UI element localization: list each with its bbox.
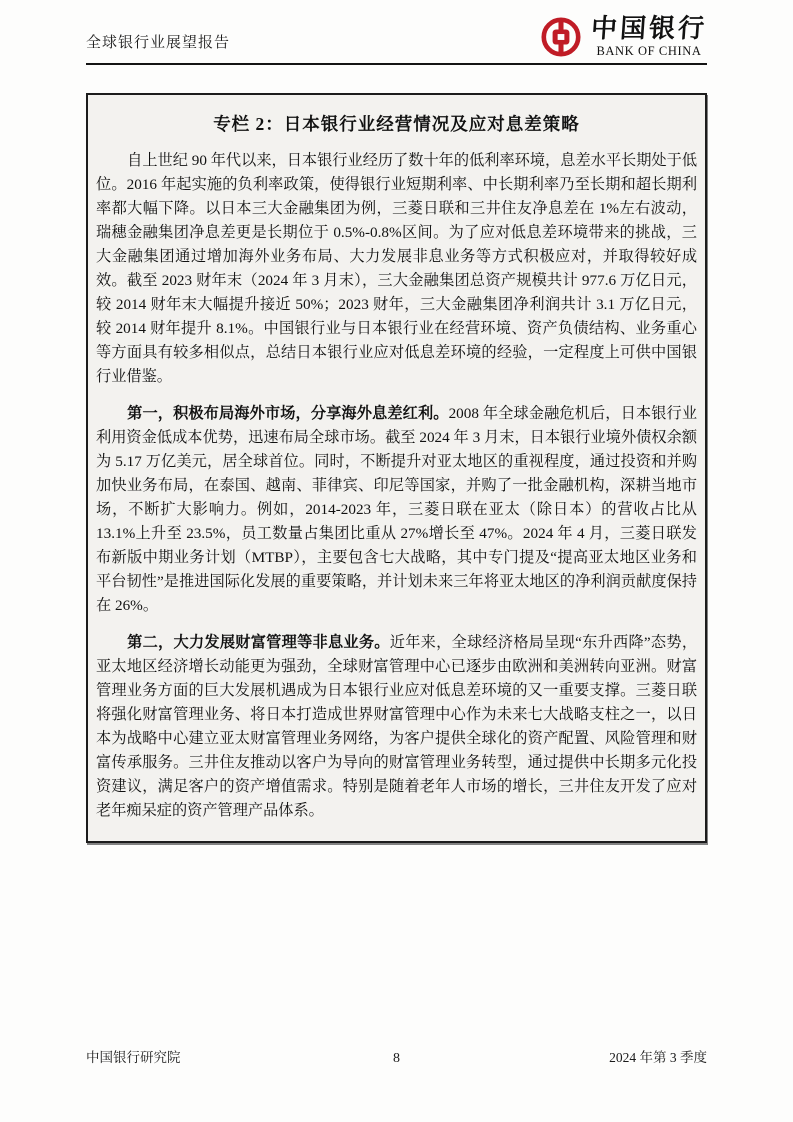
paragraph-second-strategy-text: 近年来，全球经济格局呈现“东升西降”态势，亚太地区经济增长动能更为强劲，全球财富… [96,634,697,819]
paragraph-first-strategy-lead: 第一，积极布局海外市场，分享海外息差红利。 [127,405,448,422]
paragraph-overview-text: 自上世纪 90 年代以来，日本银行业经历了数十年的低利率环境，息差水平长期处于低… [96,152,697,385]
page-footer: 中国银行研究院 8 2024 年第 3 季度 [86,1046,707,1067]
bank-of-china-emblem-icon [540,16,582,58]
bank-of-china-logo: 中国银行 BANK OF CHINA [540,16,707,58]
paragraph-second-strategy: 第二，大力发展财富管理等非息业务。近年来，全球经济格局呈现“东升西降”态势，亚太… [96,631,697,823]
paragraph-overview: 自上世纪 90 年代以来，日本银行业经历了数十年的低利率环境，息差水平长期处于低… [96,149,697,389]
logo-chinese-name: 中国银行 [590,16,708,42]
paragraph-second-strategy-lead: 第二，大力发展财富管理等非息业务。 [127,634,390,651]
footer-institute: 中国银行研究院 [86,1046,293,1066]
logo-english-name: BANK OF CHINA [596,45,701,58]
report-title: 全球银行业展望报告 [86,31,230,63]
report-page: 全球银行业展望报告 中国银行 BANK OF CHINA [0,0,793,1122]
paragraph-first-strategy: 第一，积极布局海外市场，分享海外息差红利。2008 年全球金融危机后，日本银行业… [96,402,697,618]
page-number: 8 [293,1051,500,1067]
footer-quarter: 2024 年第 3 季度 [500,1046,707,1066]
column-box: 专栏 2：日本银行业经营情况及应对息差策略 自上世纪 90 年代以来，日本银行业… [86,93,707,843]
logo-wordmark: 中国银行 BANK OF CHINA [591,16,707,58]
paragraph-first-strategy-text: 2008 年全球金融危机后，日本银行业利用资金低成本优势，迅速布局全球市场。截至… [96,405,697,614]
page-header: 全球银行业展望报告 中国银行 BANK OF CHINA [86,0,707,65]
column-title: 专栏 2：日本银行业经营情况及应对息差策略 [96,111,697,136]
